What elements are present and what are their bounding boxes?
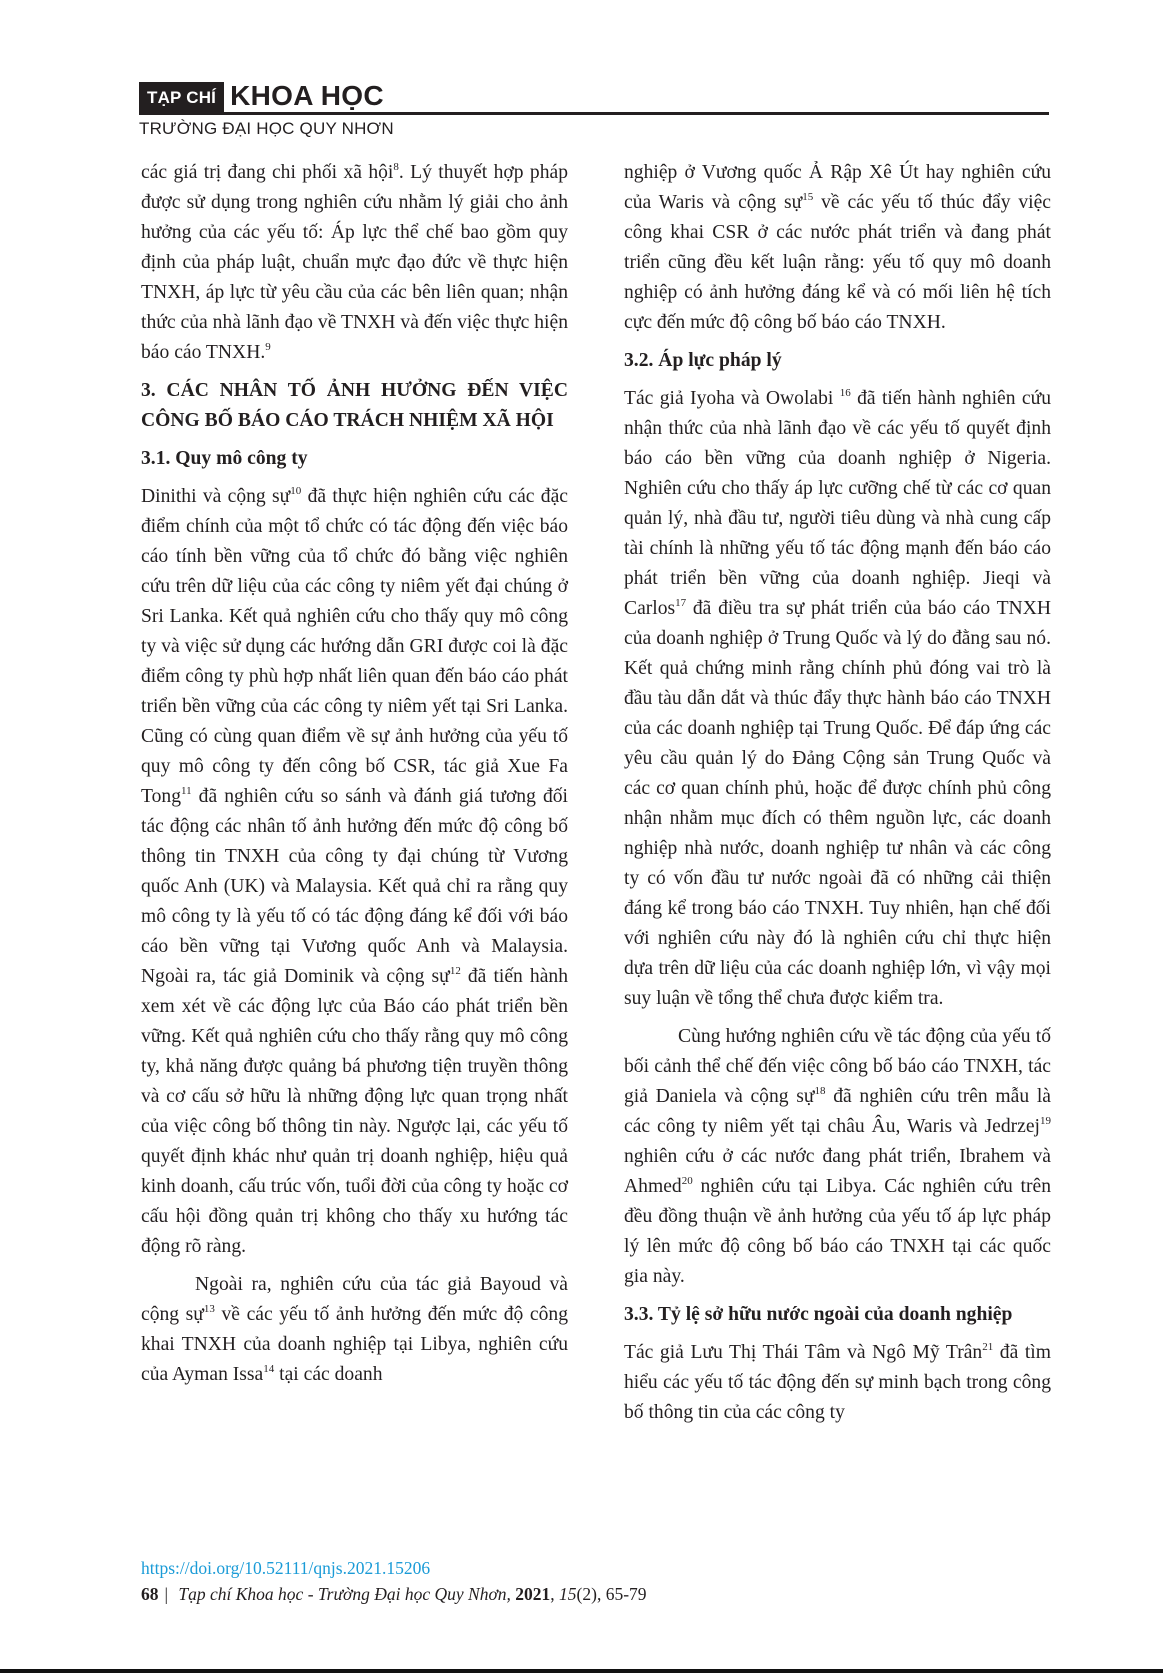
text: tại các doanh [274,1364,382,1385]
footnote-ref[interactable]: 9 [265,341,271,353]
footnote-ref[interactable]: 18 [815,1085,826,1097]
citation-line: 68| Tạp chí Khoa học - Trường Đại học Qu… [141,1581,647,1607]
doi-link[interactable]: https://doi.org/10.52111/qnjs.2021.15206 [141,1558,430,1578]
section-heading-3: 3. CÁC NHÂN TỐ ẢNH HƯỞNG ĐẾN VIỆC CÔNG B… [141,376,568,436]
paragraph-company-size: Dinithi và cộng sự10 đã thực hiện nghiên… [141,482,568,1262]
footnote-ref[interactable]: 17 [675,597,686,609]
paragraph-institutional-context: Cùng hướng nghiên cứu về tác động của yế… [624,1022,1051,1292]
footnote-ref[interactable]: 19 [1040,1115,1051,1127]
text: . Lý thuyết hợp pháp được sử dụng trong … [141,162,568,363]
journal-header: TẠP CHÍ KHOA HỌC TRƯỜNG ĐẠI HỌC QUY NHƠN [139,78,1049,139]
journal-name: Tạp chí Khoa học - Trường Đại học Quy Nh… [178,1584,511,1604]
separator: | [165,1584,169,1604]
journal-title: KHOA HỌC [230,82,384,112]
footnote-ref[interactable]: 21 [982,1341,993,1353]
page-footer: https://doi.org/10.52111/qnjs.2021.15206… [141,1555,647,1607]
volume: 15 [559,1584,577,1604]
text: Tác giả Iyoha và Owolabi [624,388,840,409]
footnote-ref[interactable]: 20 [682,1175,693,1187]
text: Tác giả Lưu Thị Thái Tâm và Ngô Mỹ Trân [624,1342,982,1363]
left-column: các giá trị đang chi phối xã hội8. Lý th… [141,158,568,1398]
journal-tag: TẠP CHÍ [139,82,224,112]
issue-pages: (2), 65-79 [577,1584,647,1604]
subsection-heading-3-3: 3.3. Tỷ lệ sở hữu nước ngoài của doanh n… [624,1300,1051,1330]
text: Dinithi và cộng sự [141,486,290,507]
text: đã thực hiện nghiên cứu các đặc điểm chí… [141,486,568,807]
text: đã tiến hành nghiên cứu nhận thức của nh… [624,388,1051,619]
footnote-ref[interactable]: 14 [263,1363,274,1375]
paragraph-foreign-ownership: Tác giả Lưu Thị Thái Tâm và Ngô Mỹ Trân2… [624,1338,1051,1428]
paragraph-legal-pressure: Tác giả Iyoha và Owolabi 16 đã tiến hành… [624,384,1051,1014]
masthead: TẠP CHÍ KHOA HỌC [139,78,1049,115]
footnote-ref[interactable]: 16 [840,387,851,399]
page-number: 68 [141,1584,159,1604]
text: về các yếu tố thúc đẩy việc công khai CS… [624,192,1051,333]
paragraph-legitimacy-theory: các giá trị đang chi phối xã hội8. Lý th… [141,158,568,368]
text: đã nghiên cứu so sánh và đánh giá tương … [141,786,568,987]
text: đã tiến hành xem xét về các động lực của… [141,966,568,1257]
subsection-heading-3-2: 3.2. Áp lực pháp lý [624,346,1051,376]
paragraph-saudi-arabia: nghiệp ở Vương quốc Ả Rập Xê Út hay nghi… [624,158,1051,338]
paragraph-bayoud: Ngoài ra, nghiên cứu của tác giả Bayoud … [141,1270,568,1390]
text: đã điều tra sự phát triển của báo cáo TN… [624,598,1051,1009]
university-name: TRƯỜNG ĐẠI HỌC QUY NHƠN [139,119,1049,139]
text: các giá trị đang chi phối xã hội [141,162,393,183]
year: 2021 [515,1584,550,1604]
footnote-ref[interactable]: 12 [450,965,461,977]
footnote-ref[interactable]: 13 [204,1303,215,1315]
footnote-ref[interactable]: 15 [802,191,813,203]
right-column: nghiệp ở Vương quốc Ả Rập Xê Út hay nghi… [624,158,1051,1436]
subsection-heading-3-1: 3.1. Quy mô công ty [141,444,568,474]
footnote-ref[interactable]: 11 [181,785,192,797]
bottom-rule [0,1669,1163,1673]
text: nghiên cứu tại Libya. Các nghiên cứu trê… [624,1176,1051,1287]
footnote-ref[interactable]: 10 [290,485,301,497]
